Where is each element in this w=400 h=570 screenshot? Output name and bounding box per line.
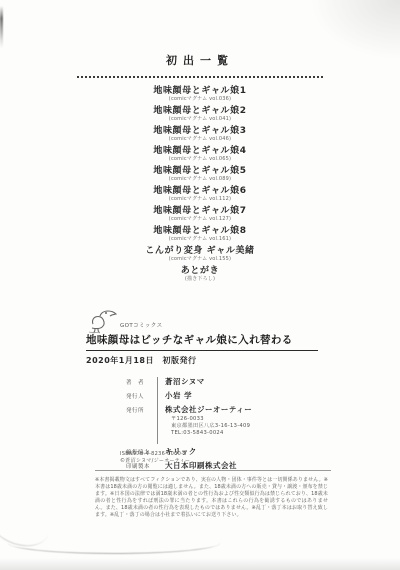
chapter-entry: こんがり変身 ギャル美緒 (comicマグナム vol.155) <box>0 246 400 262</box>
chapter-source: (comicマグナム vol.127) <box>0 216 400 222</box>
author-value: 蒼沼シヌマ <box>157 376 205 387</box>
book-title: 地味顔母はビッチなギャル娘に入れ替わる <box>86 332 318 351</box>
postal-code: 〒126-0033 <box>157 416 252 423</box>
chapter-entry: 地味顔母とギャル娘6 (comicマグナム vol.112) <box>0 186 400 202</box>
afterword-title: あとがき <box>0 266 400 276</box>
isbn-block: ISBN978-4-8236-0000-5 ©蒼沼シヌマ/ジーオーティー <box>120 451 190 465</box>
chapter-source: (comicマグナム vol.046) <box>0 136 400 142</box>
imprint-label: GOTコミックス <box>120 321 163 329</box>
afterword-entry: あとがき (描き下ろし) <box>0 266 400 282</box>
publisher-value: 株式会社ジーオーティー <box>157 404 252 415</box>
chapter-title: 地味顔母とギャル娘4 <box>0 146 400 156</box>
colophon-page: 初出一覧 地味顔母とギャル娘1 (comicマグナム vol.036) 地味顔母… <box>0 0 400 570</box>
chapter-title: 地味顔母とギャル娘7 <box>0 206 400 216</box>
chapter-entry: 地味顔母とギャル娘8 (comicマグナム vol.161) <box>0 226 400 242</box>
chapter-source: (comicマグナム vol.036) <box>0 96 400 102</box>
book-edition-date: 2020年1月18日 初版発行 <box>86 355 318 366</box>
chapter-title: 地味顔母とギャル娘5 <box>0 166 400 176</box>
chapter-title: 地味顔母とギャル娘6 <box>0 186 400 196</box>
imprint-row: GOTコミックス <box>86 308 318 332</box>
isbn-number: ISBN978-4-8236-0000-5 <box>120 451 190 458</box>
chapter-title: 地味顔母とギャル娘2 <box>0 106 400 116</box>
publisher-value-group: 株式会社ジーオーティー 〒126-0033 東京都墨田区八広3-16-13-40… <box>157 404 252 440</box>
first-publication-section: 初出一覧 地味顔母とギャル娘1 (comicマグナム vol.036) 地味顔母… <box>0 52 400 286</box>
chapter-title: 地味顔母とギャル娘3 <box>0 126 400 136</box>
chapter-source: (comicマグナム vol.161) <box>0 236 400 242</box>
chapter-title: こんがり変身 ギャル美緒 <box>0 246 400 256</box>
book-title-block: GOTコミックス 地味顔母はビッチなギャル娘に入れ替わる 2020年1月18日 … <box>86 308 318 366</box>
phone-number: TEL:03-5843-0024 <box>157 430 252 437</box>
afterword-source: (描き下ろし) <box>0 276 400 282</box>
chapter-source: (comicマグナム vol.112) <box>0 196 400 202</box>
chapter-entry: 地味顔母とギャル娘4 (comicマグナム vol.065) <box>0 146 400 162</box>
horizontal-rule <box>95 470 331 471</box>
got-mascot-crane-icon <box>86 306 118 334</box>
chapter-entry: 地味顔母とギャル娘3 (comicマグナム vol.046) <box>0 126 400 142</box>
dotted-divider <box>77 76 323 78</box>
scan-edge-smudge <box>0 6 3 48</box>
first-publication-title: 初出一覧 <box>0 52 400 68</box>
chapter-title: 地味顔母とギャル娘1 <box>0 86 400 96</box>
publisher-person-value: 小岩 学 <box>157 390 192 401</box>
chapter-entry: 地味顔母とギャル娘5 (comicマグナム vol.089) <box>0 166 400 182</box>
publisher-label: 発行所 <box>126 404 157 440</box>
author-label: 著 者 <box>126 376 157 387</box>
label-value-divider <box>157 377 158 444</box>
bottom-scan-shade <box>0 558 400 570</box>
publisher-address: 〒126-0033 東京都墨田区八広3-16-13-409 TEL:03-584… <box>157 416 252 436</box>
chapter-entry: 地味顔母とギャル娘7 (comicマグナム vol.127) <box>0 206 400 222</box>
chapter-source: (comicマグナム vol.155) <box>0 256 400 262</box>
chapter-list: 地味顔母とギャル娘1 (comicマグナム vol.036) 地味顔母とギャル娘… <box>0 86 400 282</box>
publisher-person-label: 発行人 <box>126 390 157 401</box>
chapter-title: 地味顔母とギャル娘8 <box>0 226 400 236</box>
chapter-entry: 地味顔母とギャル娘1 (comicマグナム vol.036) <box>0 86 400 102</box>
copyright-notice: ©蒼沼シヌマ/ジーオーティー <box>120 458 190 465</box>
legal-disclaimer-text: ※本書掲載物文はすべてフィクションであり、実在の人物・団体・事件等とは一切関係あ… <box>95 477 328 520</box>
chapter-source: (comicマグナム vol.041) <box>0 116 400 122</box>
scan-corner-shade <box>310 0 400 60</box>
chapter-source: (comicマグナム vol.065) <box>0 156 400 162</box>
street-address: 東京都墨田区八広3-16-13-409 <box>157 423 252 430</box>
chapter-entry: 地味顔母とギャル娘2 (comicマグナム vol.041) <box>0 106 400 122</box>
chapter-source: (comicマグナム vol.089) <box>0 176 400 182</box>
